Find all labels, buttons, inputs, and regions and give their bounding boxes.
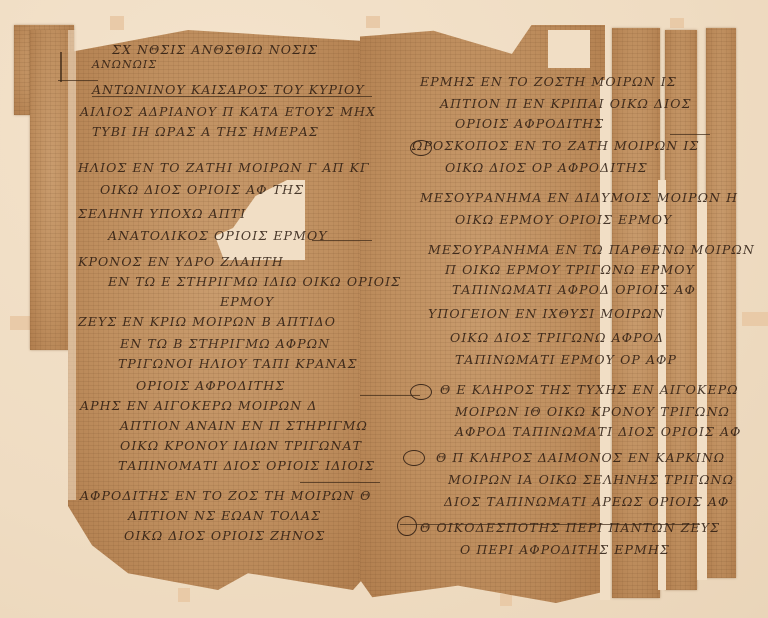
text-line: ΟΙΚΩ ΚΡΟΝΟΥ ΙΔΙΩΝ ΤΡΙΓΩΝΑΤ: [120, 438, 362, 453]
text-line: ΕΡΜΗΣ ΕΝ ΤΟ ΖΟΣΤΗ ΜΟΙΡΩΝ ΙΣ: [420, 74, 677, 89]
text-line: ΤΡΙΓΩΝΟΙ ΗΛΙΟΥ ΤΑΠΙ ΚΡΑΝΑΣ: [118, 356, 358, 371]
papyrus-crack: [68, 30, 76, 500]
rule-line: [312, 240, 372, 241]
rule-line: [58, 80, 98, 81]
circle-siglum-icon: [397, 516, 417, 536]
text-line: ΥΠΟΓΕΙΟΝ ΕΝ ΙΧΘΥΣΙ ΜΟΙΡΩΝ: [428, 306, 665, 321]
text-line: ΤΥΒΙ ΙΗ ΩΡΑΣ Α ΤΗΣ ΗΜΕΡΑΣ: [92, 124, 319, 139]
circle-siglum-icon: [410, 384, 432, 400]
text-line: ΜΟΙΡΩΝ ΙΑ ΟΙΚΩ ΣΕΛΗΝΗΣ ΤΡΙΓΩΝΩ: [448, 472, 734, 487]
text-line: ΖΕΥΣ ΕΝ ΚΡΙΩ ΜΟΙΡΩΝ Β ΑΠΤΙΔΟ: [78, 314, 336, 329]
text-line: ΑΙΛΙΟΣ ΑΔΡΙΑΝΟΥ Π ΚΑΤΑ ΕΤΟΥΣ ΜΗΧ: [80, 104, 376, 119]
rule-line: [670, 134, 710, 135]
text-line: Θ ΟΙΚΟΔΕΣΠΟΤΗΣ ΠΕΡΙ ΠΑΝΤΩΝ ΖΕΥΣ: [420, 520, 720, 535]
text-line: ΑΝΑΤΟΛΙΚΟΣ ΟΡΙΟΙΣ ΕΡΜΟΥ: [108, 228, 328, 243]
text-line: ΑΦΡΟΔΙΤΗΣ ΕΝ ΤΟ ΖΟΣ ΤΗ ΜΟΙΡΩΝ Θ: [80, 488, 372, 503]
text-line: ΑΠΤΙΟΝ ΑΝΑΙΝ ΕΝ Π ΣΤΗΡΙΓΜΩ: [120, 418, 368, 433]
text-line: ΟΙΚΩ ΔΙΟΣ ΟΡΙΟΙΣ ΖΗΝΟΣ: [124, 528, 325, 543]
text-line: ΑΠΤΙΟΝ Π ΕΝ ΚΡΙΠΑΙ ΟΙΚΩ ΔΙΟΣ: [440, 96, 692, 111]
text-line: ΟΙΚΩ ΔΙΟΣ ΟΡΙΟΙΣ ΑΦ ΤΗΣ: [100, 182, 304, 197]
text-line: ΑΠΤΙΟΝ ΝΣ ΕΩΑΝ ΤΟΛΑΣ: [128, 508, 321, 523]
text-line: ΟΙΚΩ ΔΙΟΣ ΤΡΙΓΩΝΩ ΑΦΡΟΔ: [450, 330, 664, 345]
rule-line: [92, 96, 372, 97]
text-line: ΗΛΙΟΣ ΕΝ ΤΟ ΖΑΤΗΙ ΜΟΙΡΩΝ Γ ΑΠ ΚΓ: [78, 160, 370, 175]
text-line: ΑΡΗΣ ΕΝ ΑΙΓΟΚΕΡΩ ΜΟΙΡΩΝ Δ: [80, 398, 317, 413]
text-line: Ο ΠΕΡΙ ΑΦΡΟΔΙΤΗΣ ΕΡΜΗΣ: [460, 542, 670, 557]
text-line: ΔΙΟΣ ΤΑΠΙΝΩΜΑΤΙ ΑΡΕΩΣ ΟΡΙΟΙΣ ΑΦ: [444, 494, 729, 509]
text-line: ΕΡΜΟΥ: [220, 294, 274, 309]
rule-line: [60, 52, 62, 82]
circle-siglum-icon: [403, 450, 425, 466]
text-line: ΚΡΟΝΟΣ ΕΝ ΥΔΡΟ ΖΛΑΠΤΗ: [78, 254, 284, 269]
text-line: ΑΝΤΩΝΙΝΟΥ ΚΑΙΣΑΡΟΣ ΤΟΥ ΚΥΡΙΟΥ: [92, 82, 365, 97]
text-line: ΕΝ ΤΩ Ε ΣΤΗΡΙΓΜΩ ΙΔΙΩ ΟΙΚΩ ΟΡΙΟΙΣ: [108, 274, 401, 289]
mount-tape: [500, 594, 512, 606]
text-line: ΟΡΙΟΙΣ ΑΦΡΟΔΙΤΗΣ: [455, 116, 604, 131]
text-line: ΩΡΟΣΚΟΠΟΣ ΕΝ ΤΟ ΖΑΤΗ ΜΟΙΡΩΝ ΙΣ: [412, 138, 699, 153]
text-line: ΜΕΣΟΥΡΑΝΗΜΑ ΕΝ ΤΩ ΠΑΡΘΕΝΩ ΜΟΙΡΩΝ: [428, 242, 755, 257]
text-line: ΤΑΠΙΝΩΜΑΤΙ ΑΦΡΟΔ ΟΡΙΟΙΣ ΑΦ: [452, 282, 696, 297]
text-line: ΟΡΙΟΙΣ ΑΦΡΟΔΙΤΗΣ: [136, 378, 285, 393]
rule-line: [360, 395, 420, 396]
circle-siglum-icon: [410, 140, 432, 156]
text-line: ΤΑΠΙΝΟΜΑΤΙ ΔΙΟΣ ΟΡΙΟΙΣ ΙΔΙΟΙΣ: [118, 458, 375, 473]
text-line: ΜΕΣΟΥΡΑΝΗΜΑ ΕΝ ΔΙΔΥΜΟΙΣ ΜΟΙΡΩΝ Η: [420, 190, 738, 205]
mount-tape: [110, 16, 124, 30]
text-line: ΣΧ ΝΘΣΙΣ ΑΝΘΣΘΙΩ ΝΟΣΙΣ: [112, 42, 318, 57]
text-line: ΜΟΙΡΩΝ ΙΘ ΟΙΚΩ ΚΡΟΝΟΥ ΤΡΙΓΩΝΩ: [455, 404, 730, 419]
text-line: ΟΙΚΩ ΕΡΜΟΥ ΟΡΙΟΙΣ ΕΡΜΟΥ: [455, 212, 672, 227]
text-line: ΕΝ ΤΩ Β ΣΤΗΡΙΓΜΩ ΑΦΡΩΝ: [120, 336, 330, 351]
rule-line: [300, 482, 380, 483]
text-line: Π ΟΙΚΩ ΕΡΜΟΥ ΤΡΙΓΩΝΩ ΕΡΜΟΥ: [445, 262, 695, 277]
mount-tape: [742, 312, 768, 326]
text-line: Θ Ε ΚΛΗΡΟΣ ΤΗΣ ΤΥΧΗΣ ΕΝ ΑΙΓΟΚΕΡΩ: [440, 382, 739, 397]
rule-line: [400, 524, 700, 525]
text-line: ΑΝΩΝΩΙΣ: [92, 58, 157, 71]
mount-tape: [670, 18, 684, 28]
text-line: Θ Π ΚΛΗΡΟΣ ΔΑΙΜΟΝΟΣ ΕΝ ΚΑΡΚΙΝΩ: [436, 450, 725, 465]
mount-tape: [366, 16, 380, 28]
text-line: ΣΕΛΗΝΗ ΥΠΟΧΩ ΑΠΤΙ: [78, 206, 246, 221]
text-line: ΟΙΚΩ ΔΙΟΣ ΟΡ ΑΦΡΟΔΙΤΗΣ: [445, 160, 648, 175]
text-line: ΤΑΠΙΝΩΜΑΤΙ ΕΡΜΟΥ ΟΡ ΑΦΡ: [455, 352, 677, 367]
papyrus-hole: [548, 30, 590, 68]
mount-tape: [178, 588, 190, 602]
text-line: ΑΦΡΟΔ ΤΑΠΙΝΩΜΑΤΙ ΔΙΟΣ ΟΡΙΟΙΣ ΑΦ: [455, 424, 742, 439]
